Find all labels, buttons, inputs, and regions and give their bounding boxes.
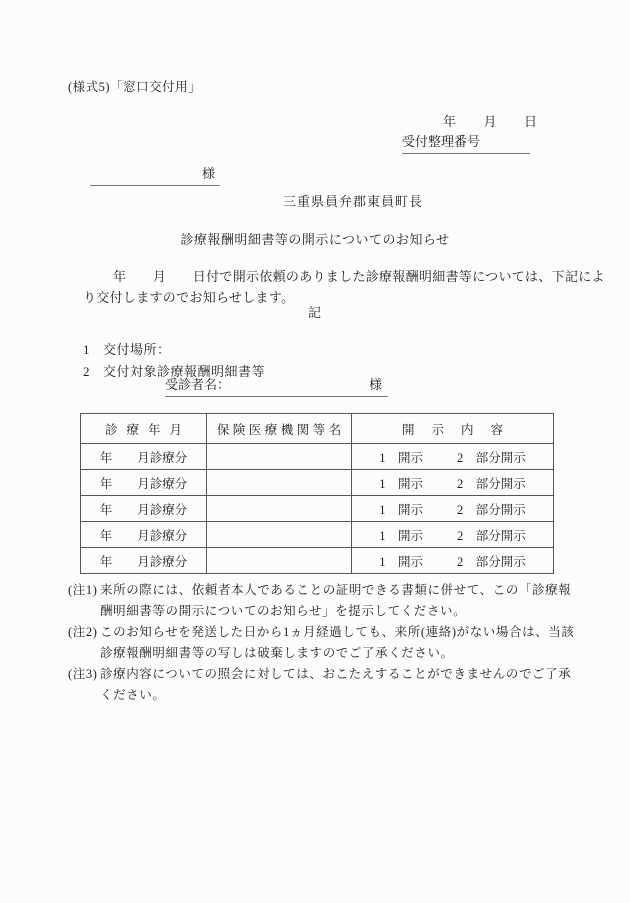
- note-text-line: 来所の際には、依頼者本人であることの証明できる書類に併せて、この「診療報: [100, 580, 571, 601]
- note-text-line: ください。: [100, 685, 571, 706]
- table-row: 年 月診療分 1 開示 2 部分開示: [81, 522, 553, 548]
- cell-medical-institution: [207, 496, 352, 522]
- cell-treatment-period: 年 月診療分: [81, 444, 207, 470]
- cell-disclosure-content: 1 開示 2 部分開示: [352, 470, 553, 496]
- cell-medical-institution: [207, 522, 352, 548]
- date-blank-line: 年 月 日: [443, 111, 538, 130]
- addressee-blank-field: 様: [90, 163, 220, 186]
- cell-medical-institution: [207, 470, 352, 496]
- header-medical-institution: 保険医療機関等名: [207, 414, 352, 444]
- note-text-line: このお知らせを発送した日から1ヵ月経過しても、来所(連絡)がない場合は、当該: [100, 622, 575, 643]
- table-row: 年 月診療分 1 開示 2 部分開示: [81, 548, 553, 574]
- option-partial-disclosure: 2 部分開示: [457, 526, 526, 544]
- cell-treatment-period: 年 月診療分: [81, 522, 207, 548]
- note-label: (注2): [68, 622, 100, 643]
- disclosure-table: 診療年月 保険医療機関等名 開示内容 年 月診療分 1 開示 2 部分開示 年 …: [80, 413, 554, 574]
- form-type-label: (様式5)「窓口交付用」: [68, 77, 201, 95]
- addressee-honorific: 様: [202, 166, 215, 181]
- table-row: 年 月診療分 1 開示 2 部分開示: [81, 496, 553, 522]
- document-title: 診療報酬明細書等の開示についてのお知らせ: [0, 229, 630, 248]
- option-full-disclosure: 1 開示: [379, 448, 423, 466]
- option-full-disclosure: 1 開示: [379, 526, 423, 544]
- cell-disclosure-content: 1 開示 2 部分開示: [352, 522, 553, 548]
- list-item-number: 1: [83, 342, 103, 358]
- note-text: 来所の際には、依頼者本人であることの証明できる書類に併せて、この「診療報 酬明細…: [100, 580, 571, 622]
- note-text: 診療内容についての照会に対しては、おこたえすることができませんのでご了承 くださ…: [100, 664, 571, 706]
- option-full-disclosure: 1 開示: [379, 474, 423, 492]
- note-label: (注3): [68, 664, 100, 685]
- list-item-text: 交付場所：: [103, 342, 171, 357]
- notes-section: (注1) 来所の際には、依頼者本人であることの証明できる書類に併せて、この「診療…: [68, 580, 568, 706]
- document-page: (様式5)「窓口交付用」 年 月 日 受付整理番号 様 三重県員弁郡東員町長 診…: [0, 0, 630, 903]
- record-mark: 記: [0, 302, 630, 321]
- cell-medical-institution: [207, 444, 352, 470]
- note-label: (注1): [68, 580, 100, 601]
- recipient-name-label: 受診者名：: [165, 374, 230, 393]
- table-row: 年 月診療分 1 開示 2 部分開示: [81, 444, 553, 470]
- option-partial-disclosure: 2 部分開示: [457, 552, 526, 570]
- cell-treatment-period: 年 月診療分: [81, 496, 207, 522]
- note-text-line: 診療内容についての照会に対しては、おこたえすることができませんのでご了承: [100, 664, 571, 685]
- table-header-row: 診療年月 保険医療機関等名 開示内容: [81, 414, 553, 444]
- list-item-number: 2: [83, 364, 103, 380]
- cell-medical-institution: [207, 548, 352, 574]
- cell-disclosure-content: 1 開示 2 部分開示: [352, 496, 553, 522]
- option-partial-disclosure: 2 部分開示: [457, 474, 526, 492]
- header-disclosure-content: 開示内容: [352, 414, 553, 444]
- note-2: (注2) このお知らせを発送した日から1ヵ月経過しても、来所(連絡)がない場合は…: [68, 622, 568, 664]
- note-1: (注1) 来所の際には、依頼者本人であることの証明できる書類に併せて、この「診療…: [68, 580, 568, 622]
- option-partial-disclosure: 2 部分開示: [457, 448, 526, 466]
- sender-name: 三重県員弁郡東員町長: [283, 191, 423, 210]
- recipient-honorific: 様: [369, 374, 388, 393]
- recipient-name-field: 受診者名： 様: [165, 374, 388, 397]
- list-item-delivery-place: 1交付場所：: [83, 339, 171, 358]
- note-text-line: 診療報酬明細書等の写しは破棄しますのでご了承ください。: [100, 643, 575, 664]
- note-text: このお知らせを発送した日から1ヵ月経過しても、来所(連絡)がない場合は、当該 診…: [100, 622, 575, 664]
- note-text-line: 酬明細書等の開示についてのお知らせ」を提示してください。: [100, 601, 571, 622]
- cell-disclosure-content: 1 開示 2 部分開示: [352, 548, 553, 574]
- option-full-disclosure: 1 開示: [379, 552, 423, 570]
- receipt-number-field: 受付整理番号: [402, 131, 530, 154]
- table-row: 年 月診療分 1 開示 2 部分開示: [81, 470, 553, 496]
- option-full-disclosure: 1 開示: [379, 500, 423, 518]
- header-treatment-period: 診療年月: [81, 414, 207, 444]
- option-partial-disclosure: 2 部分開示: [457, 500, 526, 518]
- cell-treatment-period: 年 月診療分: [81, 548, 207, 574]
- body-paragraph-line-1: 年 月 日付で開示依頼のありました診療報酬明細書等については、下記によ: [113, 266, 605, 285]
- receipt-number-label: 受付整理番号: [402, 134, 480, 149]
- note-3: (注3) 診療内容についての照会に対しては、おこたえすることができませんのでご了…: [68, 664, 568, 706]
- cell-treatment-period: 年 月診療分: [81, 470, 207, 496]
- cell-disclosure-content: 1 開示 2 部分開示: [352, 444, 553, 470]
